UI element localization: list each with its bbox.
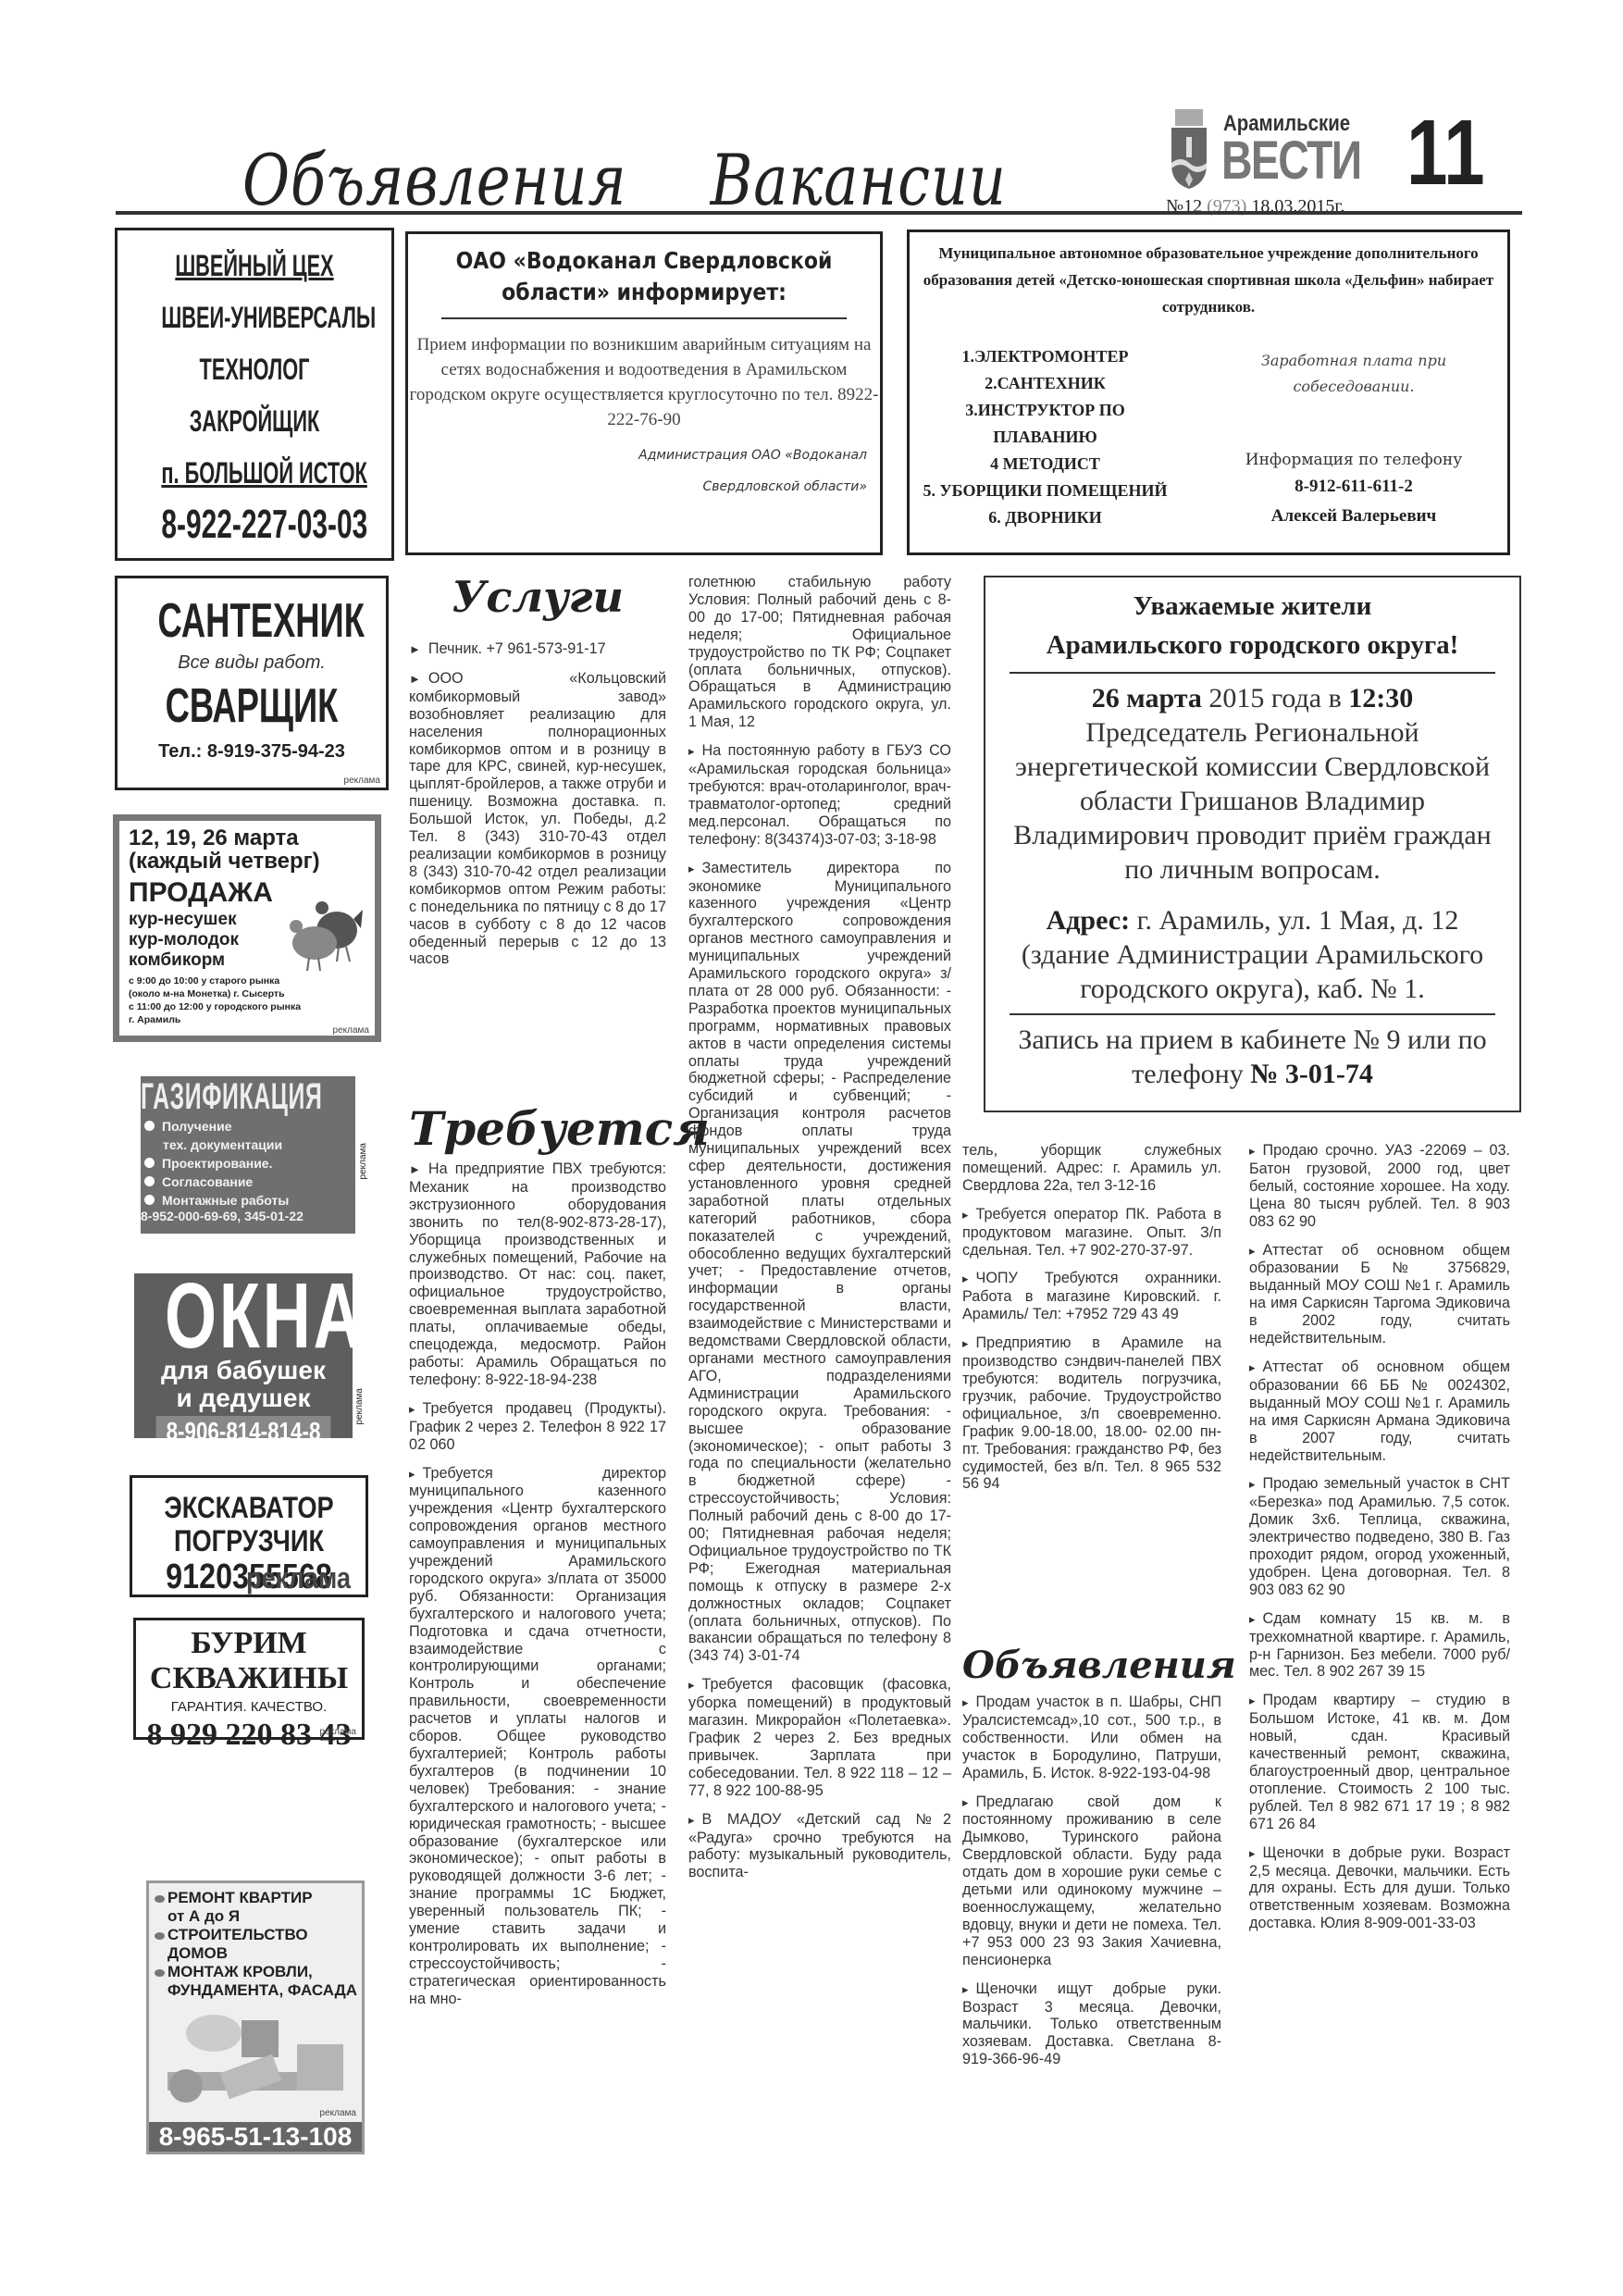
ad-title: ОКНА: [165, 1275, 322, 1357]
renovation-ad: РЕМОНТ КВАРТИР от А до Я СТРОИТЕЛЬСТВО Д…: [146, 1880, 365, 2154]
ad-mark: реклама: [358, 1143, 368, 1179]
classified-item: ▸Предприятию в Арамиле на производство с…: [962, 1334, 1221, 1493]
ad-line: ТЕХНОЛОГ: [161, 343, 347, 395]
notice-heading: Арамильского городского округа!: [985, 626, 1519, 664]
service-item: Согласование: [141, 1173, 355, 1191]
contact-name: Алексей Валерьевич: [1224, 506, 1483, 527]
job-item: 3.ИНСТРУКТОР ПО ПЛАВАНИЮ: [913, 397, 1177, 451]
contact-phone: 8-912-611-611-2: [1224, 477, 1483, 497]
arrow-bullet-icon: ▸: [962, 1982, 969, 1996]
arrow-bullet-icon: ▸: [962, 1208, 969, 1222]
job-item: 1.ЭЛЕКТРОМОНТЕР: [913, 343, 1177, 370]
job-item: 2.САНТЕХНИК: [913, 370, 1177, 397]
ad-line: СКВАЖИНЫ: [136, 1661, 362, 1696]
notice-divider: [1010, 672, 1495, 674]
classified-item: ▸Аттестат об основном общем образовании …: [1249, 1359, 1510, 1464]
ad-title: ГАЗИФИКАЦИЯ: [141, 1076, 274, 1117]
arrow-bullet-icon: ▸: [409, 1467, 415, 1481]
ad-mark: реклама: [246, 1561, 351, 1595]
job-item: 4 МЕТОДИСТ: [913, 451, 1177, 478]
required-heading: Требуется: [409, 1101, 666, 1156]
classified-item: ▸Требуется продавец (Продукты). График 2…: [409, 1400, 666, 1454]
arrow-bullet-icon: ▸: [962, 1795, 969, 1809]
notice-divider: [1010, 1013, 1495, 1015]
ad-phone: 8-922-227-03-03: [161, 499, 347, 551]
classified-item: ▸Продаю земельный участок в СНТ «Березка…: [1249, 1475, 1510, 1598]
page-number: 11: [1406, 100, 1485, 206]
plumber-welder-ad: САНТЕХНИК Все виды работ. СВАРЩИК Тел.: …: [115, 576, 389, 790]
ad-line: ЭКСКАВАТОР: [150, 1491, 348, 1524]
bullet-icon: [144, 1176, 155, 1186]
arrow-bullet-icon: ▸: [962, 1695, 969, 1709]
service-item: тех. документации: [141, 1136, 355, 1154]
services-column: ►Печник. +7 961-573-91-17 ►ООО «Кольцовс…: [409, 640, 666, 979]
classified-item: ▸Щеночки ищут добрые руки. Возраст 3 мес…: [962, 1980, 1221, 2069]
page-section-title: ОбъявленияВакансии: [242, 139, 1090, 221]
bullet-icon: [144, 1121, 155, 1131]
arrow-bullet-icon: ▸: [1249, 1144, 1256, 1158]
arrow-bullet-icon: ▸: [1249, 1694, 1256, 1707]
job-item: 5. УБОРЩИКИ ПОМЕЩЕНИЙ: [913, 478, 1177, 504]
school-intro: Муниципальное автономное образовательное…: [910, 232, 1507, 320]
ad-mark: реклама: [333, 1025, 369, 1036]
sale-schedule: с 9:00 до 10:00 у старого рынка: [129, 974, 365, 987]
section-announcements-title: Объявления: [242, 139, 626, 221]
logo-title: ВЕСТИ: [1221, 130, 1361, 192]
classified-item: ▸Продам участок в п. Шабры, СНП Уралсист…: [962, 1694, 1221, 1782]
notice-address: Адрес: г. Арамиль, ул. 1 Мая, д. 12 (зда…: [985, 903, 1519, 1006]
ad-mark: реклама: [320, 2108, 356, 2118]
service-item: от А до Я: [149, 1907, 362, 1926]
services-heading: Услуги: [409, 572, 666, 622]
ad-mark: реклама: [344, 776, 380, 786]
ad-line: БУРИМ: [136, 1626, 362, 1661]
coat-of-arms-icon: [1164, 107, 1214, 191]
bullet-icon: [155, 1969, 165, 1977]
notice-body: Прием информации по возникшим аварийным …: [408, 332, 880, 432]
sale-weekday: (каждый четверг): [129, 850, 365, 873]
ad-title-2: СВАРЩИК: [158, 676, 346, 736]
job-item: 6. ДВОРНИКИ: [913, 504, 1177, 531]
ad-phone: 8-906-814-814-8: [156, 1416, 331, 1438]
service-item: СТРОИТЕЛЬСТВО: [149, 1926, 362, 1944]
notice-heading: Уважаемые жители: [985, 577, 1519, 626]
classified-item: ▸Продам квартиру – студию в Большом Исто…: [1249, 1692, 1510, 1832]
ad-phone-cut: 8-952-000-69-69, 345-01-22: [141, 1211, 355, 1221]
bullet-icon: [155, 1932, 165, 1940]
arrow-bullet-icon: ▸: [688, 1678, 695, 1692]
arrow-bullet-icon: ▸: [688, 862, 695, 875]
notice-title: ОАО «Водоканал Свердловской области» инф…: [441, 234, 847, 319]
ad-line: ШВЕЙНЫЙ ЦЕХ: [161, 240, 347, 292]
chicken-sale-ad: 12, 19, 26 марта (каждый четверг) ПРОДАЖ…: [113, 814, 381, 1042]
gasification-ad: ГАЗИФИКАЦИЯ Получение тех. документации …: [141, 1076, 355, 1234]
sale-schedule: (около м-на Монетка) г. Сысерть: [129, 987, 365, 1000]
construction-materials-icon: [158, 2007, 354, 2109]
arrow-bullet-icon: ►: [409, 672, 421, 686]
announcements-column-4: ▸Продаю срочно. УАЗ -22069 – 03. Батон г…: [1249, 1142, 1510, 1943]
section-vacancies-title: Вакансии: [711, 139, 1007, 221]
arrow-bullet-icon: ▸: [688, 744, 695, 758]
announcements-column: ▸Продам участок в п. Шабры, СНП Уралсист…: [962, 1694, 1221, 2079]
classified-item: ▸Требуется фасовщик (фасовка, уборка пом…: [688, 1676, 951, 1799]
classified-item: ▸ЧОПУ Требуются охранники. Работа в мага…: [962, 1270, 1221, 1323]
service-item: Проектирование.: [141, 1154, 355, 1173]
bullet-icon: [144, 1195, 155, 1205]
classified-item: ▸Продаю срочно. УАЗ -22069 – 03. Батон г…: [1249, 1142, 1510, 1231]
excavator-ad: ЭКСКАВАТОР ПОГРУЗЧИК 9120355568 реклама: [130, 1475, 368, 1597]
classified-item: ▸В МАДОУ «Детский сад №2 «Радуга» срочно…: [688, 1811, 951, 1882]
vacancies-column-2: голетнюю стабильную работу Условия: Полн…: [688, 574, 951, 1893]
ad-location: п. БОЛЬШОЙ ИСТОК: [161, 447, 347, 499]
service-item: Монтажные работы: [141, 1191, 355, 1210]
classified-item: ►На предприятие ПВХ требуются: Механик н…: [409, 1160, 666, 1389]
arrow-bullet-icon: ►: [409, 1162, 421, 1176]
service-item: Получение: [141, 1117, 355, 1136]
ad-subtitle: и дедушек: [134, 1384, 353, 1412]
vodokanal-notice: ОАО «Водоканал Свердловской области» инф…: [405, 231, 883, 555]
contact-block: Заработная плата при собеседовании. Инфо…: [1224, 348, 1483, 527]
arrow-bullet-icon: ▸: [688, 1813, 695, 1827]
ad-mark: реклама: [320, 1727, 356, 1737]
classified-item: голетнюю стабильную работу Условия: Полн…: [688, 574, 951, 731]
info-label: Информация по телефону: [1224, 451, 1483, 469]
arrow-bullet-icon: ▸: [1249, 1360, 1256, 1374]
classified-item: ▸Аттестат об основном общем образовании …: [1249, 1242, 1510, 1347]
bullet-icon: [144, 1158, 155, 1168]
sewing-workshop-ad: ШВЕЙНЫЙ ЦЕХ ШВЕИ-УНИВЕРСАЛЫ ТЕХНОЛОГ ЗАК…: [115, 228, 394, 561]
vacancies-column-3: тель, уборщик служебных помещений. Адрес…: [962, 1142, 1221, 1504]
ad-phone: Тел.: 8-919-375-94-23: [118, 741, 386, 763]
classified-item: ▸Сдам комнату 15 кв. м. в трехкомнатной …: [1249, 1610, 1510, 1682]
arrow-bullet-icon: ▸: [409, 1402, 415, 1416]
classified-item: ▸Заместитель директора по экономике Муни…: [688, 860, 951, 1666]
delfin-school-vacancies: Муниципальное автономное образовательное…: [907, 230, 1510, 555]
arrow-bullet-icon: ▸: [962, 1272, 969, 1285]
job-list: 1.ЭЛЕКТРОМОНТЕР 2.САНТЕХНИК 3.ИНСТРУКТОР…: [913, 343, 1177, 531]
required-column: ►На предприятие ПВХ требуются: Механик н…: [409, 1160, 666, 2019]
notice-signature: Свердловской области»: [408, 471, 880, 503]
arrow-bullet-icon: ▸: [962, 1336, 969, 1350]
arrow-bullet-icon: ▸: [1249, 1477, 1256, 1491]
arrow-bullet-icon: ▸: [1249, 1846, 1256, 1860]
service-item: МОНТАЖ КРОВЛИ,: [149, 1963, 362, 1981]
ad-subtitle: Все виды работ.: [118, 651, 386, 675]
ad-line: ШВЕИ-УНИВЕРСАЛЫ: [161, 292, 347, 343]
well-drilling-ad: БУРИМ СКВАЖИНЫ ГАРАНТИЯ. КАЧЕСТВО. 8 929…: [133, 1618, 365, 1740]
ad-line: ПОГРУЗЧИК: [150, 1524, 348, 1558]
service-item: ДОМОВ: [149, 1944, 362, 1963]
notice-signature: Администрация ОАО «Водоканал: [408, 440, 880, 471]
ad-title: САНТЕХНИК: [158, 591, 346, 651]
classified-item: ▸Предлагаю свой дом к постоянному прожив…: [962, 1793, 1221, 1969]
service-item: РЕМОНТ КВАРТИР: [149, 1889, 362, 1907]
classified-item: ▸Щеночки в добрые руки. Возраст 2,5 меся…: [1249, 1844, 1510, 1933]
ad-mark: реклама: [354, 1388, 365, 1424]
notice-body: Председатель Региональной энергетической…: [985, 715, 1519, 887]
notice-datetime: 26 марта 2015 года в 12:30: [985, 681, 1519, 715]
sale-schedule: с 11:00 до 12:00 у городского рынка: [129, 1000, 365, 1013]
windows-ad: ОКНА для бабушек и дедушек 8-906-814-814…: [134, 1273, 353, 1438]
announcements-heading: Объявления: [962, 1644, 1221, 1687]
ad-line: ЗАКРОЙЩИК: [161, 395, 347, 447]
ad-phone: 8-965-51-13-108: [149, 2122, 362, 2152]
classified-item: ►Печник. +7 961-573-91-17: [409, 640, 666, 659]
arrow-bullet-icon: ►: [409, 642, 421, 656]
sale-dates: 12, 19, 26 марта: [129, 826, 365, 850]
salary-note: Заработная плата при собеседовании.: [1224, 348, 1483, 400]
classified-item: ▸Требуется директор муниципального казен…: [409, 1465, 666, 2008]
bullet-icon: [155, 1895, 165, 1903]
ad-tagline: ГАРАНТИЯ. КАЧЕСТВО.: [136, 1696, 362, 1719]
classified-item: тель, уборщик служебных помещений. Адрес…: [962, 1142, 1221, 1195]
citizen-reception-notice: Уважаемые жители Арамильского городского…: [984, 576, 1521, 1112]
classified-item: ►ООО «Кольцовский комбикормовый завод» в…: [409, 670, 666, 968]
arrow-bullet-icon: ▸: [1249, 1612, 1256, 1626]
header-divider: [116, 211, 1522, 215]
notice-signup: Запись на прием в кабинете № 9 или по те…: [985, 1023, 1519, 1091]
service-item: ФУНДАМЕНТА, ФАСАДА: [149, 1981, 362, 2000]
hen-icon: [281, 891, 366, 976]
sale-schedule: г. Арамиль: [129, 1013, 365, 1026]
classified-item: ▸На постоянную работу в ГБУЗ СО «Арамиль…: [688, 742, 951, 848]
arrow-bullet-icon: ▸: [1249, 1244, 1256, 1258]
newspaper-logo: Арамильские ВЕСТИ: [1164, 107, 1386, 191]
classified-item: ▸Требуется оператор ПК. Работа в продукт…: [962, 1206, 1221, 1260]
